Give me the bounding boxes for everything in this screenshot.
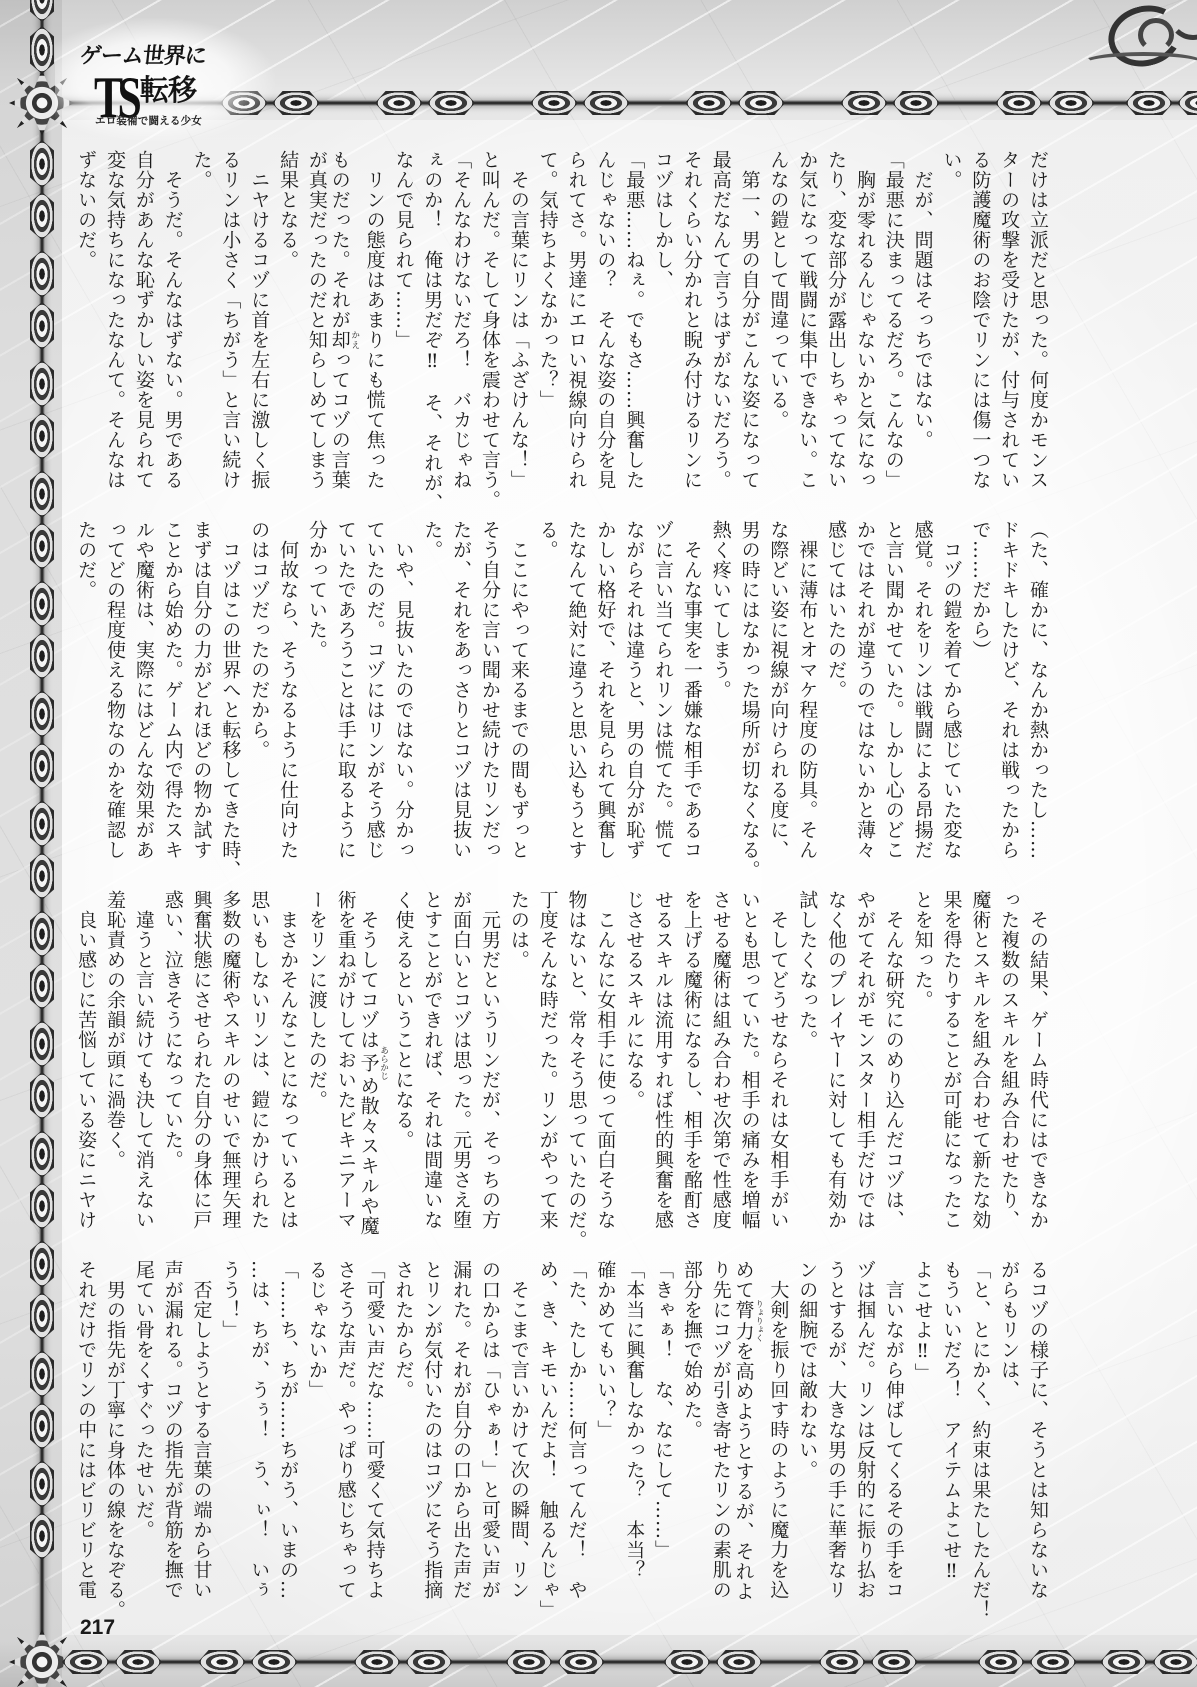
title-subtitle: エロ装備で闘える少女 bbox=[95, 113, 202, 128]
text-column: そうしてコヅは予あらかじめ散々スキルや魔 bbox=[360, 890, 389, 1240]
text-column: が真実だったのだと知らしめてしまう bbox=[302, 150, 331, 500]
text-column: 「た、たしか……何言ってんだ！ や bbox=[562, 1260, 591, 1610]
text-column: 「最悪……ねぇ。でもさ……興奮した bbox=[619, 150, 648, 500]
text-column: とリンが気付いたのはコヅにそう指摘 bbox=[417, 1260, 446, 1610]
border-diamond-icon bbox=[30, 1402, 54, 1450]
text-column: たのだ。 bbox=[71, 520, 100, 870]
text-column: のはコヅだったのだから。 bbox=[244, 520, 273, 870]
border-diamond-icon bbox=[353, 1650, 401, 1674]
text-column: たのは。 bbox=[504, 890, 533, 1240]
border-diamond-icon bbox=[663, 1650, 711, 1674]
text-column: い。 bbox=[937, 150, 966, 500]
text-column: 多数の魔術やスキルのせいで無理矢理 bbox=[216, 890, 245, 1240]
text-column: た。 bbox=[187, 150, 216, 500]
text-column: 男の指先が丁寧に身体の線をなぞる。 bbox=[100, 1260, 129, 1610]
text-column: コヅの鎧を着てから感じていた変な bbox=[937, 520, 966, 870]
furigana: 予あらかじ bbox=[358, 1050, 380, 1076]
text-column: めて膂力りょりょくを高めようとするが、それよ bbox=[735, 1260, 764, 1610]
text-column: ていたのだ。コヅにはリンがそう感じ bbox=[360, 520, 389, 870]
text-column: さそうな声だ。やっぱり感じちゃって bbox=[331, 1260, 360, 1610]
border-diamond-icon bbox=[30, 0, 54, 22]
text-column: ドキドキしたけど、それは戦ったから bbox=[994, 520, 1023, 870]
text-column: 元男だというリンだが、そっちの方 bbox=[475, 890, 504, 1240]
text-column: その言葉にリンは「ふざけんな！」 bbox=[504, 150, 533, 500]
border-diamond-icon bbox=[1100, 1650, 1148, 1674]
text-column: （た、確かに、なんか熱かったし…… bbox=[1023, 520, 1052, 870]
text-column: が面白いとコヅは思った。元男さえ堕 bbox=[446, 890, 475, 1240]
text-column: 声が漏れる。コヅの指先が背筋を撫で bbox=[158, 1260, 187, 1610]
text-column: め、き、キモいんだよ！ 触るんじゃ」 bbox=[533, 1260, 562, 1610]
text-column: ながらそれは違うと、男の自分が恥ず bbox=[619, 520, 648, 870]
text-column: 「可愛い声だな……可愛くて気持ちよ bbox=[360, 1260, 389, 1610]
border-diamond-icon bbox=[30, 1460, 54, 1508]
border-diamond-icon bbox=[870, 1650, 918, 1674]
text-column: だが、問題はそっちではない。 bbox=[908, 150, 937, 500]
border-diamond-icon bbox=[375, 91, 423, 115]
border-diamond-icon bbox=[715, 1650, 763, 1674]
text-column: 結果となる。 bbox=[273, 150, 302, 500]
text-column: もういいだろ！ アイテムよこせ‼ bbox=[937, 1260, 966, 1610]
border-diamond-icon bbox=[1029, 1650, 1077, 1674]
text-column: ンの細腕では敵わない。 bbox=[792, 1260, 821, 1610]
border-diamond-icon bbox=[30, 1350, 54, 1398]
top-right-flourish-arc-icon bbox=[1082, 52, 1197, 74]
text-column: られてさ。男達にエロい視線向けられ bbox=[562, 150, 591, 500]
text-column: 自分があんな恥ずかしい姿を見られて bbox=[129, 150, 158, 500]
text-column: …は、ちが、うぅ！ う、ぃ！ いぅ bbox=[244, 1260, 273, 1610]
text-column: る。 bbox=[533, 520, 562, 870]
text-column: んじゃないの？ そんな姿の自分を見 bbox=[591, 150, 620, 500]
text-column: いとも思っていた。相手の痛みを増幅 bbox=[735, 890, 764, 1240]
text-column: 試したくなった。 bbox=[792, 890, 821, 1240]
text-column: 裸に薄布とオマケ程度の防具。そん bbox=[792, 520, 821, 870]
text-column: そうだ。そんなはずない。男である bbox=[158, 150, 187, 500]
text-column: た。 bbox=[417, 520, 446, 870]
text-column: だけは立派だと思った。何度かモンス bbox=[1023, 150, 1052, 500]
border-diamond-icon bbox=[30, 1020, 54, 1068]
text-column: 「きゃぁ！ な、なにして……」 bbox=[648, 1260, 677, 1610]
border-diamond-icon bbox=[30, 140, 54, 188]
text-column: 最高だなんて言うはずがないだろう。 bbox=[706, 150, 735, 500]
border-diamond-icon bbox=[30, 412, 54, 460]
text-column: やがてそれがモンスター相手だけでは bbox=[850, 890, 879, 1240]
text-column: 思いもしないリンは、鎧にかけられた bbox=[244, 890, 273, 1240]
text-column: 違うと言い続けても決して消えない bbox=[129, 890, 158, 1240]
text-column: か気になって戦闘に集中できない。こ bbox=[792, 150, 821, 500]
text-column: とすことができれば、それは間違いな bbox=[417, 890, 446, 1240]
border-diamond-icon bbox=[977, 1650, 1025, 1674]
text-column: 変な気持ちになったなんて。そんなは bbox=[100, 150, 129, 500]
text-column: 惑い、泣きそうになっていた。 bbox=[158, 890, 187, 1240]
text-column: たり、変な部分が露出しちゃってない bbox=[821, 150, 850, 500]
text-column: たなんて絶対に違うと思い込もうとす bbox=[562, 520, 591, 870]
text-column: そしてどうせならそれは女相手がい bbox=[764, 890, 793, 1240]
text-column: その結果、ゲーム時代にはできなか bbox=[1023, 890, 1052, 1240]
text-column: ターの攻撃を受けたが、付与されてい bbox=[994, 150, 1023, 500]
text-column: せるスキルは流用すれば性的興奮を感 bbox=[648, 890, 677, 1240]
border-diamond-icon bbox=[30, 250, 54, 298]
border-diamond-icon bbox=[685, 91, 733, 115]
text-column: そう自分に言い聞かせ続けたリンだっ bbox=[475, 520, 504, 870]
text-column: 大剣を振り回す時のように魔力を込 bbox=[764, 1260, 793, 1610]
border-diamond-icon bbox=[30, 470, 54, 518]
border-diamond-icon bbox=[30, 632, 54, 680]
text-column: ここにやって来るまでの間もずっと bbox=[504, 520, 533, 870]
text-column: 「と、とにかく、約束は果たしたんだ！ bbox=[965, 1260, 994, 1610]
text-column: そんな研究にのめり込んだコヅは、 bbox=[879, 890, 908, 1240]
text-column: と叫んだ。そして身体を震わせて言う。 bbox=[475, 150, 504, 500]
text-column: まずは自分の力がどれほどの物か試す bbox=[187, 520, 216, 870]
text-column: まさかそんなことになっているとは bbox=[273, 890, 302, 1240]
border-diamond-icon bbox=[427, 91, 475, 115]
text-column: ってどの程度使える物なのかを確認し bbox=[100, 520, 129, 870]
text-column: それくらい分かれと睨み付けるリンに bbox=[677, 150, 706, 500]
text-column: リンの態度はあまりにも慌て焦った bbox=[360, 150, 389, 500]
text-column: そんな事実を一番嫌な相手であるコ bbox=[677, 520, 706, 870]
text-column: で……だから） bbox=[965, 520, 994, 870]
text-column: たが、それをあっさりとコヅは見抜い bbox=[446, 520, 475, 870]
text-column: それだけでリンの中にはビリビリと電 bbox=[71, 1260, 100, 1610]
text-column: 「……ち、ちが……ちがう、いまの… bbox=[273, 1260, 302, 1610]
text-column: 良い感じに苦悩している姿にニヤけ bbox=[71, 890, 100, 1240]
border-diamond-icon bbox=[30, 690, 54, 738]
border-diamond-icon bbox=[1047, 91, 1095, 115]
border-diamond-icon bbox=[530, 91, 578, 115]
text-column: 部分を撫で始めた。 bbox=[677, 1260, 706, 1610]
page-number: 217 bbox=[80, 1616, 115, 1640]
text-column: 否定しようとする言葉の端から甘い bbox=[187, 1260, 216, 1610]
text-column: て。気持ちよくなかった？」 bbox=[533, 150, 562, 500]
text-column: よこせよ‼」 bbox=[908, 1260, 937, 1610]
border-diamond-icon bbox=[114, 1650, 162, 1674]
text-column: 確かめてもいい？」 bbox=[591, 1260, 620, 1610]
text-column: ルや魔術は、実際にはどんな効果があ bbox=[129, 520, 158, 870]
text-column: るリンは小さく「ちがう」と言い続け bbox=[216, 150, 245, 500]
border-diamond-icon bbox=[1125, 91, 1173, 115]
text-column: 物はないと、常々そう思っていたのだ。 bbox=[562, 890, 591, 1240]
bottom-left-corner-ornament-icon bbox=[9, 1629, 75, 1687]
text-column: うとするが、大きな男の手に華奢なリ bbox=[821, 1260, 850, 1610]
border-diamond-icon bbox=[30, 1512, 54, 1560]
border-diamond-icon bbox=[505, 1650, 553, 1674]
text-column: コヅはしかし、 bbox=[648, 150, 677, 500]
text-column: ていたであろうことは手に取るように bbox=[331, 520, 360, 870]
border-diamond-icon bbox=[30, 580, 54, 628]
text-column: 熱く疼いてしまう。 bbox=[706, 520, 735, 870]
text-column: 果を得たりすることが可能になったこ bbox=[937, 890, 966, 1240]
text-tier-4: るコヅの様子に、そうとは知らないながらもリンは、「と、とにかく、約束は果たしたん… bbox=[71, 1260, 1052, 1610]
text-column: じさせるスキルになる。 bbox=[619, 890, 648, 1240]
text-column: そこまで言いかけて次の瞬間、リン bbox=[504, 1260, 533, 1610]
border-diamond-icon bbox=[30, 1240, 54, 1288]
border-diamond-icon bbox=[557, 1650, 605, 1674]
text-column: の口からは「ひゃぁ！」と可愛い声が bbox=[475, 1260, 504, 1610]
text-tier-3: その結果、ゲーム時代にはできなかった複数のスキルを組み合わせたり、魔術とスキルを… bbox=[71, 890, 1052, 1240]
text-column: を上げる魔術になるし、相手を酩酊さ bbox=[677, 890, 706, 1240]
text-column: った複数のスキルを組み合わせたり、 bbox=[994, 890, 1023, 1240]
text-column: るコヅの様子に、そうとは知らないな bbox=[1023, 1260, 1052, 1610]
text-column: 興奮状態にさせられた自分の身体に戸 bbox=[187, 890, 216, 1240]
border-diamond-icon bbox=[30, 360, 54, 408]
text-column: 羞恥責めの余韻が頭に渦巻く。 bbox=[100, 890, 129, 1240]
text-column: るじゃないか」 bbox=[302, 1260, 331, 1610]
text-column: ニヤけるコヅに首を左右に激しく振 bbox=[244, 150, 273, 500]
border-diamond-icon bbox=[892, 91, 940, 115]
border-diamond-icon bbox=[272, 91, 320, 115]
text-column: と言い聞かせていた。しかし心のどこ bbox=[879, 520, 908, 870]
border-diamond-icon bbox=[737, 91, 785, 115]
text-column: 感覚。それをリンは戦闘による昂揚だ bbox=[908, 520, 937, 870]
text-column: り先にコヅが引き寄せたリンの素肌の bbox=[706, 1260, 735, 1610]
furigana: 膂力りょりょく bbox=[733, 1300, 755, 1341]
text-column: されたからだ。 bbox=[389, 1260, 418, 1610]
text-column: とを知った。 bbox=[908, 890, 937, 1240]
text-column: 「そんなわけないだろ！ バカじゃね bbox=[446, 150, 475, 500]
border-diamond-icon bbox=[198, 1650, 246, 1674]
text-column: ヅは掴んだ。リンは反射的に振り払お bbox=[850, 1260, 879, 1610]
text-column: 胸が零れるんじゃないかと気になっ bbox=[850, 150, 879, 500]
border-diamond-icon bbox=[1177, 91, 1197, 115]
border-diamond-icon bbox=[995, 91, 1043, 115]
text-column: く使えるということになる。 bbox=[389, 890, 418, 1240]
text-column: いや、見抜いたのではない。分かっ bbox=[389, 520, 418, 870]
text-column: なんで見られて……」 bbox=[389, 150, 418, 500]
text-column: 「最悪に決まってるだろ。こんなの」 bbox=[879, 150, 908, 500]
text-column: させる魔術は組み合わせ次第で性感度 bbox=[706, 890, 735, 1240]
title-line-2: 転移 bbox=[140, 68, 196, 109]
text-column: ことから始めた。ゲーム内で得たスキ bbox=[158, 520, 187, 870]
border-diamond-icon bbox=[30, 962, 54, 1010]
text-column: がらもリンは、 bbox=[994, 1260, 1023, 1610]
text-column: る防護魔術のお陰でリンには傷一つな bbox=[965, 150, 994, 500]
text-column: 魔術とスキルを組み合わせて新たな効 bbox=[965, 890, 994, 1240]
border-diamond-icon bbox=[582, 91, 630, 115]
border-diamond-icon bbox=[250, 1650, 298, 1674]
text-column: かしい格好で、それを見られて興奮し bbox=[591, 520, 620, 870]
text-column: ものだった。それが却かえってコヅの言葉 bbox=[331, 150, 360, 500]
border-diamond-icon bbox=[818, 1650, 866, 1674]
text-column: なく他のプレイヤーに対しても有効か bbox=[821, 890, 850, 1240]
border-diamond-icon bbox=[30, 522, 54, 570]
text-column: 言いながら伸ばしてくるその手をコ bbox=[879, 1260, 908, 1610]
border-diamond-icon bbox=[30, 1072, 54, 1120]
border-diamond-icon bbox=[30, 1292, 54, 1340]
text-column: 術を重ねがけしておいたビキニアーマ bbox=[331, 890, 360, 1240]
text-column: 何故なら、そうなるように仕向けた bbox=[273, 520, 302, 870]
text-column: 分かっていた。 bbox=[302, 520, 331, 870]
border-diamond-icon bbox=[30, 800, 54, 848]
border-diamond-icon bbox=[840, 91, 888, 115]
border-diamond-icon bbox=[30, 26, 54, 74]
border-diamond-icon bbox=[30, 852, 54, 900]
text-column: 「本当に興奮しなかった？ 本当？ bbox=[619, 1260, 648, 1610]
text-column: 丁度そんな時だった。リンがやって来 bbox=[533, 890, 562, 1240]
border-diamond-icon bbox=[30, 910, 54, 958]
text-column: ずないのだ。 bbox=[71, 150, 100, 500]
border-diamond-icon bbox=[30, 1182, 54, 1230]
text-tier-1: だけは立派だと思った。何度かモンスターの攻撃を受けたが、付与されている防護魔術の… bbox=[71, 150, 1052, 500]
text-column: うう！」 bbox=[216, 1260, 245, 1610]
book-title-logo: ゲーム世界に TS 転移 エロ装備で闘える少女 bbox=[78, 36, 228, 131]
text-column: ヅに言い当てられリンは慌てた。慌て bbox=[648, 520, 677, 870]
text-column: 感じてはいたのだ。 bbox=[821, 520, 850, 870]
text-tier-2: （た、確かに、なんか熱かったし……ドキドキしたけど、それは戦ったからで……だから… bbox=[71, 520, 1052, 870]
text-column: ぇのか！ 俺は男だぞ‼ そ、それが、 bbox=[417, 150, 446, 500]
text-column: 尾てい骨をくすぐったせいだ。 bbox=[129, 1260, 158, 1610]
text-column: 男の時にはなかった場所が切なくなる。 bbox=[735, 520, 764, 870]
border-diamond-icon bbox=[405, 1650, 453, 1674]
border-diamond-icon bbox=[30, 302, 54, 350]
text-column: かではそれが違うのではないかと薄々 bbox=[850, 520, 879, 870]
text-column: 漏れた。それが自分の口から出た声だ bbox=[446, 1260, 475, 1610]
text-column: こんなに女相手に使って面白そうな bbox=[591, 890, 620, 1240]
text-column: ーをリンに渡したのだ。 bbox=[302, 890, 331, 1240]
text-column: 第一、男の自分がこんな姿になって bbox=[735, 150, 764, 500]
border-diamond-icon bbox=[1152, 1650, 1197, 1674]
border-diamond-icon bbox=[30, 1130, 54, 1178]
text-column: んなの鎧として間違っている。 bbox=[764, 150, 793, 500]
furigana: 却かえ bbox=[329, 330, 351, 350]
border-diamond-icon bbox=[30, 192, 54, 240]
border-diamond-icon bbox=[30, 742, 54, 790]
text-column: コヅはこの世界へと転移してきた時、 bbox=[216, 520, 245, 870]
text-column: な際どい姿に視線が向けられる度に、 bbox=[764, 520, 793, 870]
border-diamond-icon bbox=[62, 1650, 110, 1674]
